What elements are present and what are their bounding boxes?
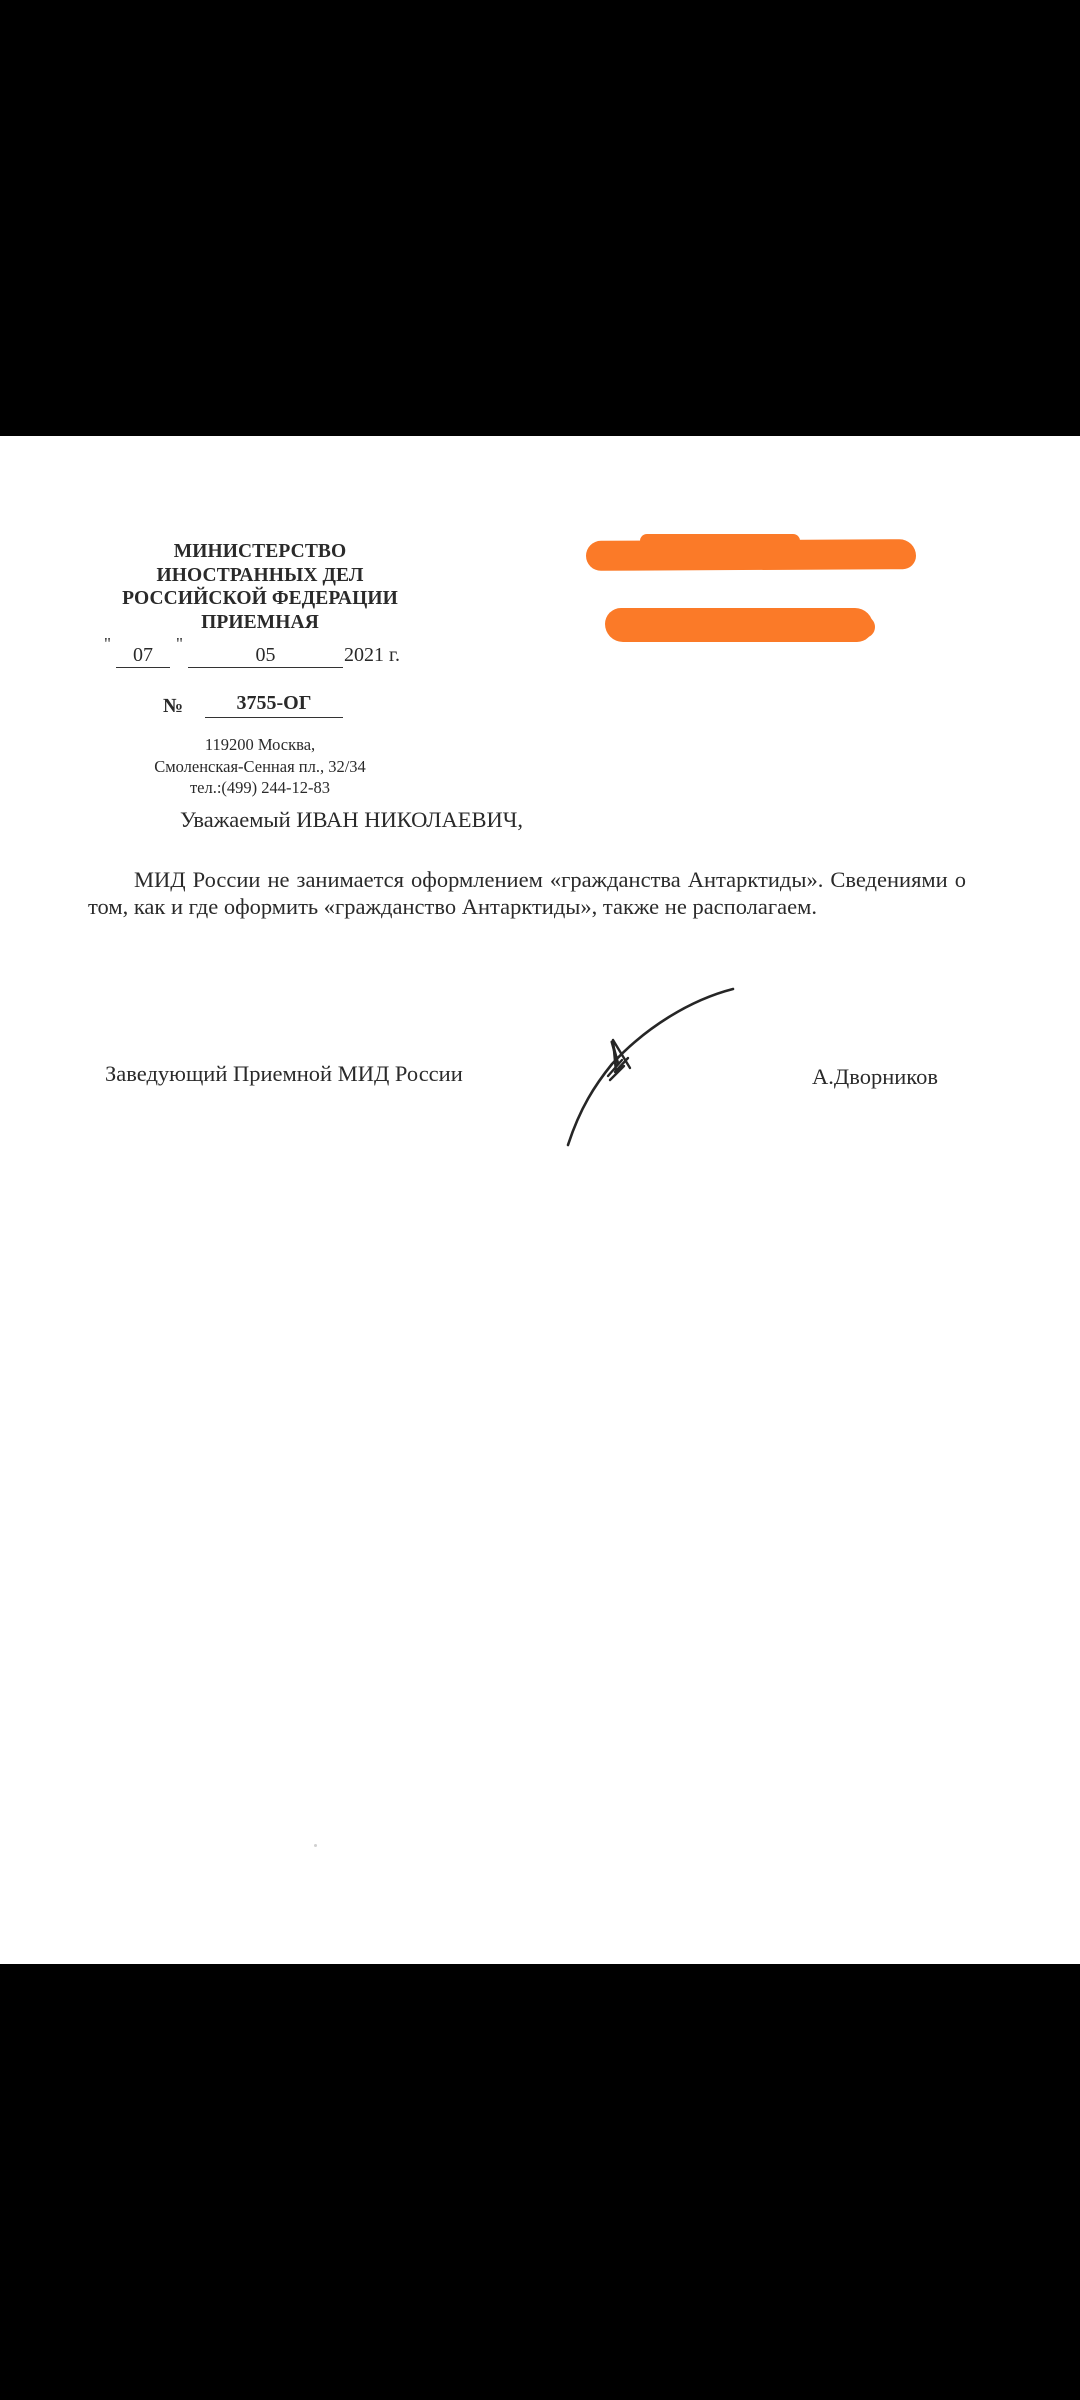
org-line: ИНОСТРАННЫХ ДЕЛ [100, 564, 420, 588]
redaction-mark [800, 616, 875, 638]
org-line: РОССИЙСКОЙ ФЕДЕРАЦИИ [100, 587, 420, 611]
address-line: тел.:(499) 244-12-83 [100, 777, 420, 799]
document-number: 3755-ОГ [205, 692, 343, 718]
redaction-mark [586, 539, 916, 571]
document-number-row: № 3755-ОГ [0, 692, 460, 722]
body-paragraph: МИД России не занимается оформлением «гр… [88, 867, 966, 920]
date-open-quote: " [104, 634, 111, 654]
org-address: 119200 Москва, Смоленская-Сенная пл., 32… [100, 734, 420, 799]
signer-title: Заведующий Приемной МИД России [105, 1060, 463, 1088]
date-month: 05 [188, 642, 343, 668]
address-line: Смоленская-Сенная пл., 32/34 [100, 756, 420, 778]
org-line: МИНИСТЕРСТВО [100, 540, 420, 564]
number-sign: № [163, 694, 183, 718]
letter-body: МИД России не занимается оформлением «гр… [88, 867, 966, 920]
letter-page: МИНИСТЕРСТВО ИНОСТРАННЫХ ДЕЛ РОССИЙСКОЙ … [0, 436, 1080, 1964]
signature-icon [550, 980, 750, 1150]
bottom-black-bar [0, 1964, 1080, 2400]
address-line: 119200 Москва, [100, 734, 420, 756]
signer-name: А.Дворников [812, 1063, 938, 1091]
date-row: " 07 " 05 2021 г. [0, 642, 460, 672]
org-line: ПРИЕМНАЯ [100, 611, 420, 635]
date-close-quote: " [176, 634, 183, 654]
date-year: 2021 г. [344, 642, 400, 669]
salutation: Уважаемый ИВАН НИКОЛАЕВИЧ, [180, 806, 523, 834]
paper-speck [314, 1844, 317, 1847]
date-day: 07 [116, 642, 170, 668]
top-black-bar [0, 0, 1080, 436]
org-header: МИНИСТЕРСТВО ИНОСТРАННЫХ ДЕЛ РОССИЙСКОЙ … [100, 540, 420, 634]
